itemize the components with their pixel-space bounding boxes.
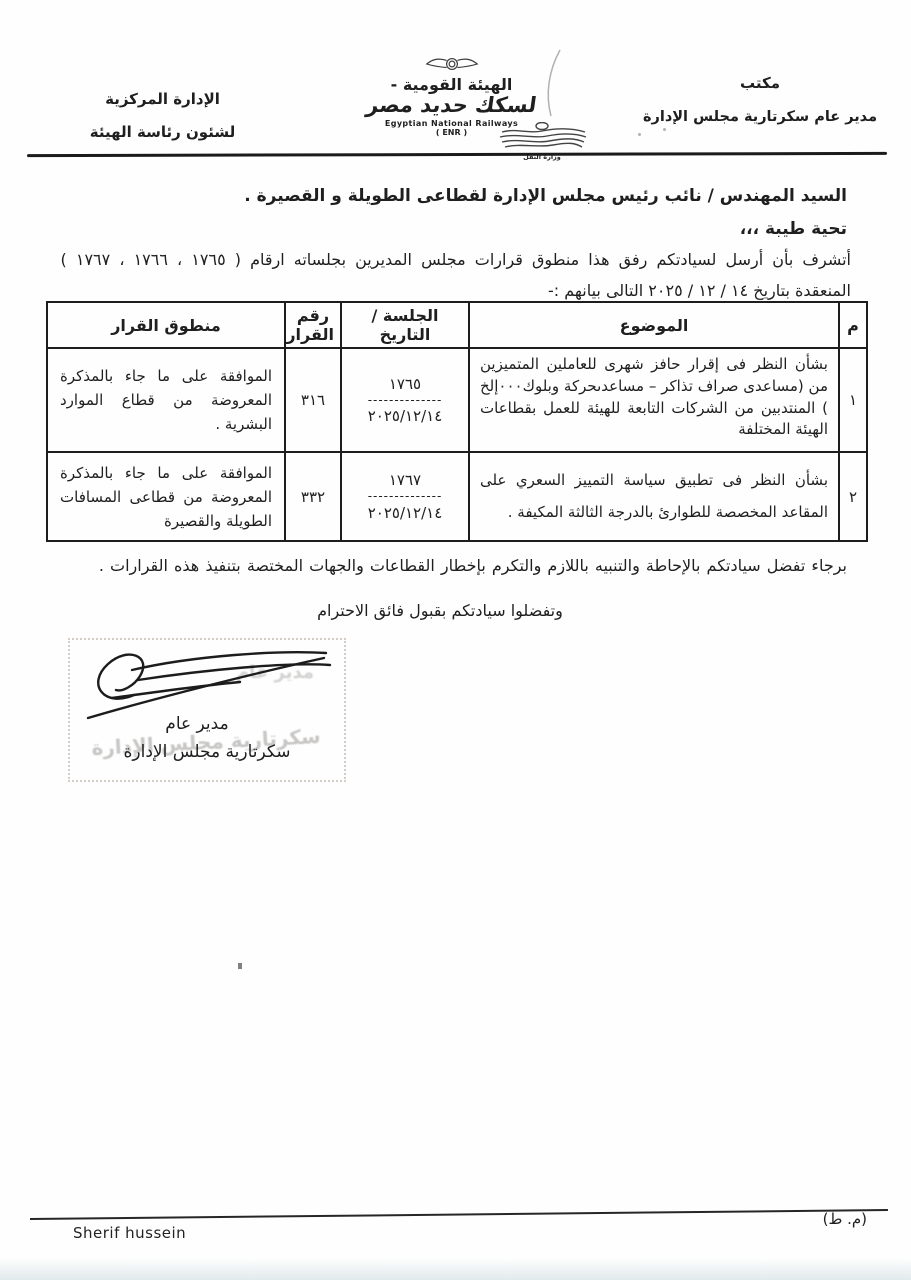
header-divider-rule bbox=[27, 152, 887, 157]
row-number-cell: ١ bbox=[839, 348, 867, 452]
central-admin-subtitle: لشئون رئاسة الهيئة bbox=[70, 123, 255, 141]
footer-divider-rule bbox=[30, 1209, 888, 1220]
scanner-name: Sherif hussein bbox=[73, 1224, 186, 1242]
subject-cell: بشأن النظر فى إقرار حافز شهرى للعاملين ا… bbox=[469, 348, 839, 452]
decision-text-cell: الموافقة على ما جاء بالمذكرة المعروضة من… bbox=[47, 452, 285, 541]
office-subtitle: مدير عام سكرتارية مجلس الإدارة bbox=[629, 109, 891, 125]
closing-request-line: برجاء تفضل سيادتكم بالإحاطة والتنبيه بال… bbox=[99, 556, 847, 575]
col-header-subject: الموضوع bbox=[469, 302, 839, 348]
table-row: ٢ بشأن النظر فى تطبيق سياسة التمييز السع… bbox=[47, 452, 867, 541]
subject-cell: بشأن النظر فى تطبيق سياسة التمييز السعري… bbox=[469, 452, 839, 541]
closing-salutation-line: وتفضلوا سيادتكم بقبول فائق الاحترام bbox=[295, 601, 585, 620]
col-header-decision-text: منطوق القرار bbox=[47, 302, 285, 348]
col-header-decision-no: رقم القرار bbox=[285, 302, 341, 348]
session-date-cell: ١٧٦٥ -------------- ٢٠٢٥/١٢/١٤ bbox=[341, 348, 469, 452]
header-office-block: مكتب مدير عام سكرتارية مجلس الإدارة bbox=[629, 74, 891, 125]
signatory-department: سكرتارية مجلس الإدارة bbox=[70, 742, 344, 762]
org-name-arabic: الهيئة القومية - bbox=[344, 75, 559, 94]
scan-speck-artifact bbox=[238, 963, 242, 969]
central-admin-title: الإدارة المركزية bbox=[70, 90, 255, 108]
intro-line-2: المنعقدة بتاريخ ١٤ / ١٢ / ٢٠٢٥ التالى بي… bbox=[548, 281, 851, 300]
signatory-title: مدير عام bbox=[70, 714, 324, 734]
session-date: ٢٠٢٥/١٢/١٤ bbox=[348, 407, 462, 425]
pen-stroke-artifact bbox=[540, 48, 570, 120]
session-date: ٢٠٢٥/١٢/١٤ bbox=[348, 504, 462, 522]
col-header-num: م bbox=[839, 302, 867, 348]
table-header-row: م الموضوع الجلسة / التاريخ رقم القرار من… bbox=[47, 302, 867, 348]
greeting-line: تحية طيبة ،،، bbox=[740, 219, 847, 239]
intro-line-1: أتشرف بأن أرسل لسيادتكم رفق هذا منطوق قر… bbox=[61, 250, 851, 269]
winged-wheel-icon bbox=[425, 54, 479, 74]
decisions-table: م الموضوع الجلسة / التاريخ رقم القرار من… bbox=[46, 301, 868, 542]
session-separator: -------------- bbox=[348, 489, 462, 503]
session-number: ١٧٦٧ bbox=[348, 471, 462, 489]
col-header-session-date: الجلسة / التاريخ bbox=[341, 302, 469, 348]
scan-edge-shadow bbox=[0, 1258, 911, 1280]
session-number: ١٧٦٥ bbox=[348, 375, 462, 393]
scan-dot-artifact bbox=[638, 133, 641, 136]
addressee-line: السيد المهندس / نائب رئيس مجلس الإدارة ل… bbox=[244, 186, 847, 206]
footer-initials: (م. ط) bbox=[823, 1210, 867, 1228]
session-separator: -------------- bbox=[348, 393, 462, 407]
decision-number-cell: ٣٣٢ bbox=[285, 452, 341, 541]
scanned-letter-page: مكتب مدير عام سكرتارية مجلس الإدارة الهي… bbox=[0, 0, 911, 1280]
scan-dot-artifact bbox=[663, 128, 666, 131]
org-logotype: لسكك حديد مصر bbox=[342, 93, 560, 117]
row-number-cell: ٢ bbox=[839, 452, 867, 541]
office-title: مكتب bbox=[629, 74, 891, 92]
waves-stamp-icon bbox=[496, 122, 588, 152]
central-admin-block: الإدارة المركزية لشئون رئاسة الهيئة bbox=[70, 90, 255, 141]
signature-stamp-block: سكرتارية مجلس الإدارة مدير عام مدير عام … bbox=[68, 638, 346, 782]
decision-number-cell: ٣١٦ bbox=[285, 348, 341, 452]
table-row: ١ بشأن النظر فى إقرار حافز شهرى للعاملين… bbox=[47, 348, 867, 452]
decision-text-cell: الموافقة على ما جاء بالمذكرة المعروضة من… bbox=[47, 348, 285, 452]
session-date-cell: ١٧٦٧ -------------- ٢٠٢٥/١٢/١٤ bbox=[341, 452, 469, 541]
